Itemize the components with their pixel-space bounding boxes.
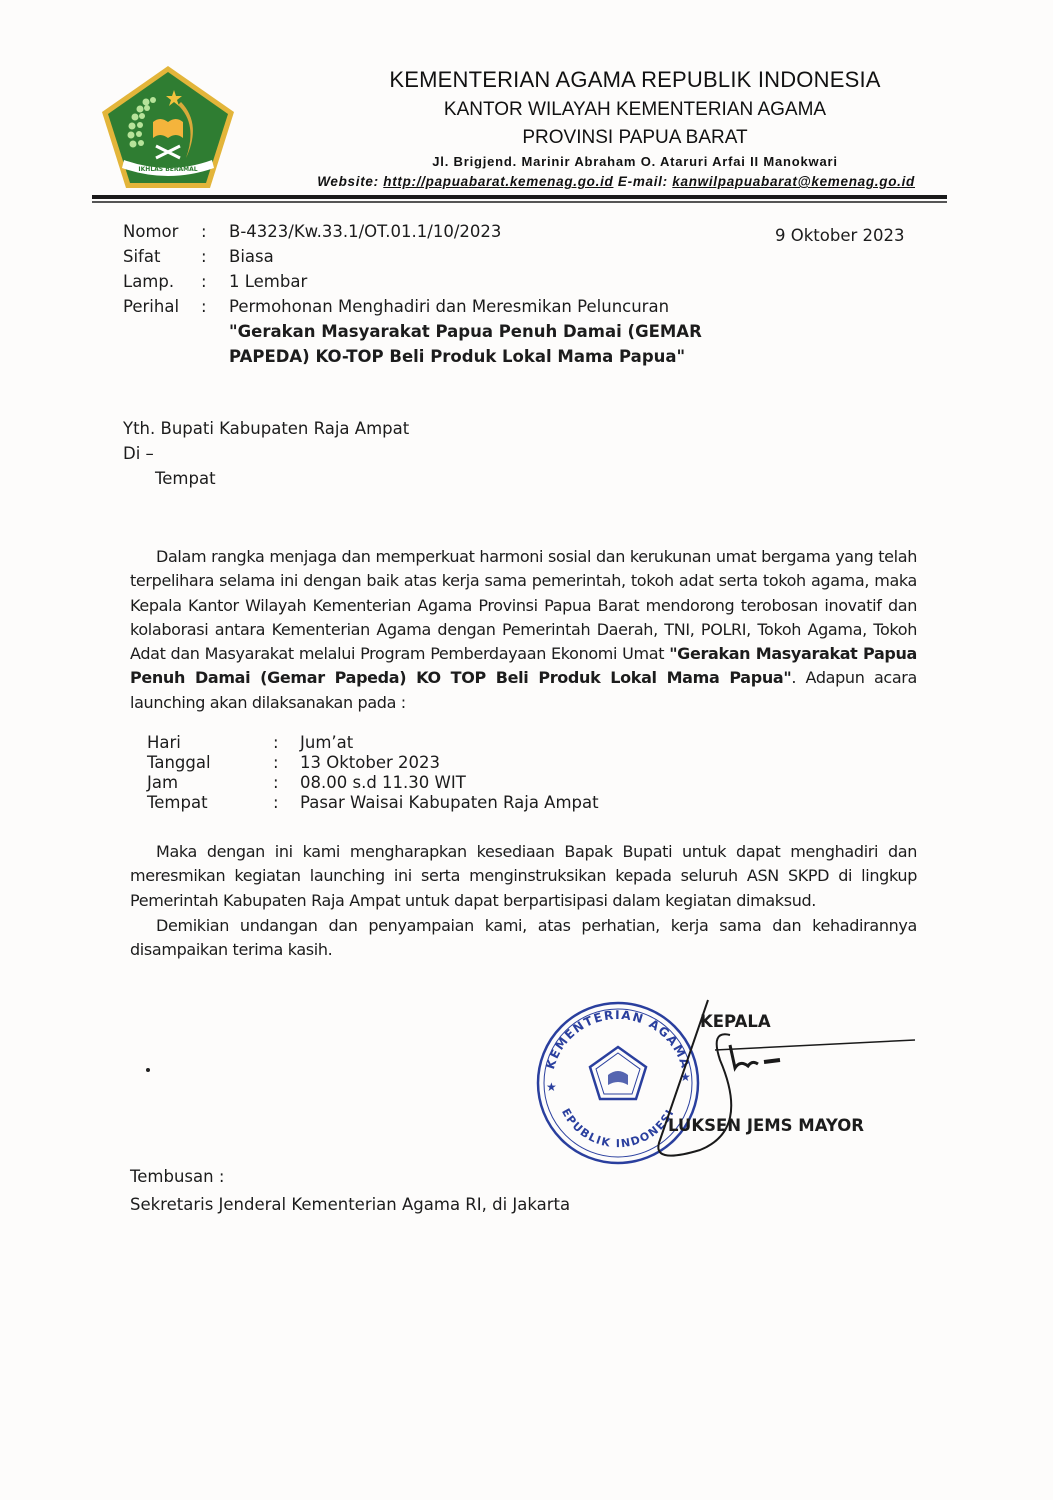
meta-value: 1 Lembar: [229, 269, 709, 294]
carbon-copy: Tembusan : Sekretaris Jenderal Kementeri…: [130, 1163, 570, 1219]
meta-sep: :: [201, 219, 229, 244]
body-paragraph-3: Demikian undangan dan penyampaian kami, …: [130, 914, 917, 963]
meta-sep: :: [201, 269, 229, 294]
perihal-title-line2: PAPEDA) KO-TOP Beli Produk Lokal Mama Pa…: [229, 344, 709, 369]
signatory-title: KEPALA: [700, 1012, 771, 1031]
meta-label: Lamp.: [123, 269, 201, 294]
cc-label: Tembusan :: [130, 1163, 570, 1191]
recipient-block: Yth. Bupati Kabupaten Raja Ampat Di – Te…: [123, 416, 409, 491]
body-paragraph-2: Maka dengan ini kami mengharapkan kesedi…: [130, 840, 917, 913]
schedule-row: Hari : Jum’at: [147, 733, 599, 753]
cc-item: Sekretaris Jenderal Kementerian Agama RI…: [130, 1191, 570, 1219]
meta-value: Biasa: [229, 244, 709, 269]
recipient-di: Di –: [123, 441, 409, 466]
email-label: E-mail:: [613, 174, 672, 189]
perihal-title-line1: "Gerakan Masyarakat Papua Penuh Damai (G…: [229, 319, 709, 344]
meta-row-sifat: Sifat : Biasa: [123, 244, 709, 269]
meta-row-perihal: Perihal : Permohonan Menghadiri dan Mere…: [123, 294, 709, 319]
meta-value: Permohonan Menghadiri dan Meresmikan Pel…: [229, 294, 709, 319]
svg-text:IKHLAS BERAMAL: IKHLAS BERAMAL: [138, 166, 197, 173]
email-link[interactable]: kanwilpapuabarat@kemenag.go.id: [672, 174, 915, 189]
letterhead-divider-thin: [92, 201, 947, 203]
office-name: KANTOR WILAYAH KEMENTERIAN AGAMA: [330, 96, 940, 124]
kemenag-emblem-icon: IKHLAS BERAMAL: [98, 62, 238, 192]
letterhead-divider: [92, 195, 947, 199]
meta-sep: :: [201, 294, 229, 319]
website-link[interactable]: http://papuabarat.kemenag.go.id: [383, 174, 613, 189]
recipient-name: Yth. Bupati Kabupaten Raja Ampat: [123, 416, 409, 441]
recipient-place: Tempat: [123, 466, 409, 491]
meta-label: Perihal: [123, 294, 201, 319]
speck: [146, 1068, 150, 1072]
schedule-row: Jam : 08.00 s.d 11.30 WIT: [147, 773, 599, 793]
meta-label: Sifat: [123, 244, 201, 269]
meta-row-nomor: Nomor : B-4323/Kw.33.1/OT.01.1/10/2023: [123, 219, 709, 244]
website-label: Website:: [317, 174, 383, 189]
letter-date: 9 Oktober 2023: [775, 226, 905, 245]
ministry-name: KEMENTERIAN AGAMA REPUBLIK INDONESIA: [330, 64, 940, 96]
contact-line: Website: http://papuabarat.kemenag.go.id…: [240, 172, 940, 192]
meta-sep: :: [201, 244, 229, 269]
signatory-name: LUKSEN JEMS MAYOR: [668, 1116, 864, 1135]
office-address: Jl. Brigjend. Marinir Abraham O. Ataruri…: [330, 152, 940, 172]
svg-text:★: ★: [546, 1080, 557, 1094]
meta-value: B-4323/Kw.33.1/OT.01.1/10/2023: [229, 219, 709, 244]
meta-row-lamp: Lamp. : 1 Lembar: [123, 269, 709, 294]
body-paragraph-1: Dalam rangka menjaga dan memperkuat harm…: [130, 545, 917, 715]
schedule-row: Tanggal : 13 Oktober 2023: [147, 753, 599, 773]
letterhead: KEMENTERIAN AGAMA REPUBLIK INDONESIA KAN…: [240, 64, 940, 192]
letter-meta: Nomor : B-4323/Kw.33.1/OT.01.1/10/2023 S…: [123, 219, 709, 369]
province-name: PROVINSI PAPUA BARAT: [330, 124, 940, 152]
meta-label: Nomor: [123, 219, 201, 244]
event-schedule: Hari : Jum’at Tanggal : 13 Oktober 2023 …: [147, 733, 599, 813]
schedule-row: Tempat : Pasar Waisai Kabupaten Raja Amp…: [147, 793, 599, 813]
